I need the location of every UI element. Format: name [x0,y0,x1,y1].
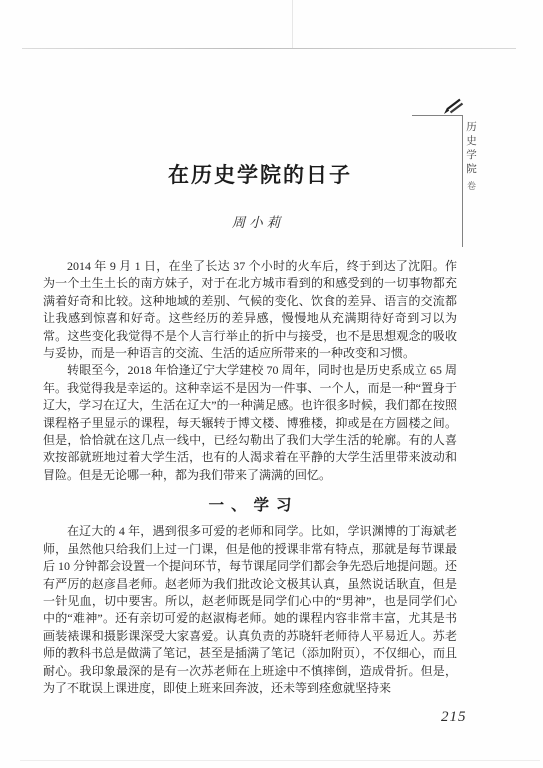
scan-bottom-edge-line [20,760,540,761]
page-title: 在历史学院的日子 [53,159,467,189]
author-name: 周小莉 [51,211,465,231]
page-number: 215 [441,709,467,726]
article-body: 2014 年 9 月 1 日，在坐了长达 37 个小时的火车后，终于到达了沈阳。… [43,258,457,697]
paragraph-3: 在辽大的 4 年，遇到很多可爱的老师和同学。比如，学识渊博的丁海斌老师，虽然他只… [43,523,457,697]
paragraph-1: 2014 年 9 月 1 日，在坐了长达 37 个小时的火车后，终于到达了沈阳。… [43,258,457,362]
scan-top-edge-line [22,48,516,49]
section-heading-study: 一、学习 [43,493,457,515]
scan-crease-line [292,0,293,48]
paragraph-2: 转眼至今，2018 年恰逢辽宁大学建校 70 周年，同时也是历史系成立 65 周… [43,362,457,484]
pencil-icon [441,93,465,117]
volume-tab-suffix: 卷 [466,181,476,190]
book-page: 历史学院卷 在历史学院的日子 周小莉 2014 年 9 月 1 日，在坐了长达 … [0,0,543,768]
